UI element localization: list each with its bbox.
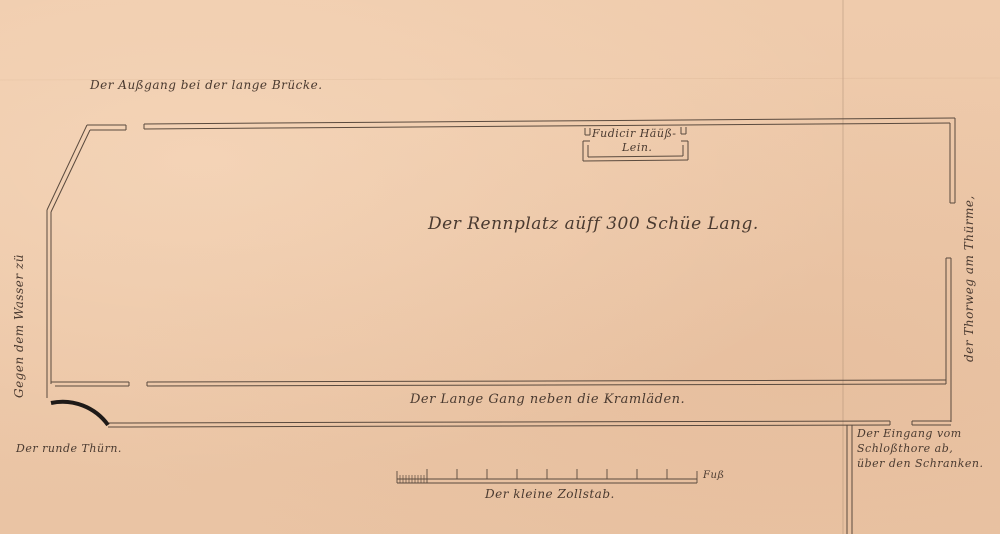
round-tower-arc <box>51 402 108 425</box>
left-diagonal-wall <box>47 125 90 398</box>
gallery-inner-wall <box>147 380 946 386</box>
label-right-side-gateway: der Thorweg am Thürme, <box>962 195 976 362</box>
label-long-gallery: Der Lange Gang neben die Kramläden. <box>410 392 685 407</box>
gallery-inner-wall-left <box>51 382 129 386</box>
label-left-side-water: Gegen dem Wasser zü <box>12 254 26 398</box>
bottom-outer-wall <box>108 421 951 427</box>
label-top-entrance: Der Außgang bei der lange Brücke. <box>90 78 323 92</box>
label-entrance-line1: Der Eingang vom <box>857 427 962 440</box>
entrance-passage <box>847 425 852 534</box>
label-booth-line2: Lein. <box>622 141 652 154</box>
label-round-tower: Der runde Thürn. <box>16 442 122 455</box>
right-wall-upper <box>950 118 955 203</box>
label-entrance-line3: über den Schranken. <box>857 457 983 470</box>
label-scale-unit: Fuß <box>703 470 725 481</box>
scale-bar <box>397 469 697 483</box>
label-main-title: Der Rennplatz aüff 300 Schüe Lang. <box>428 214 759 234</box>
label-entrance-line2: Schloßthore ab, <box>857 442 953 455</box>
label-booth-line1: Fudicir Häüß- <box>592 127 677 140</box>
top-wall <box>144 118 955 129</box>
right-wall-lower <box>946 258 951 422</box>
top-wall-left-stub <box>87 125 126 130</box>
label-scale-caption: Der kleine Zollstab. <box>485 487 615 501</box>
